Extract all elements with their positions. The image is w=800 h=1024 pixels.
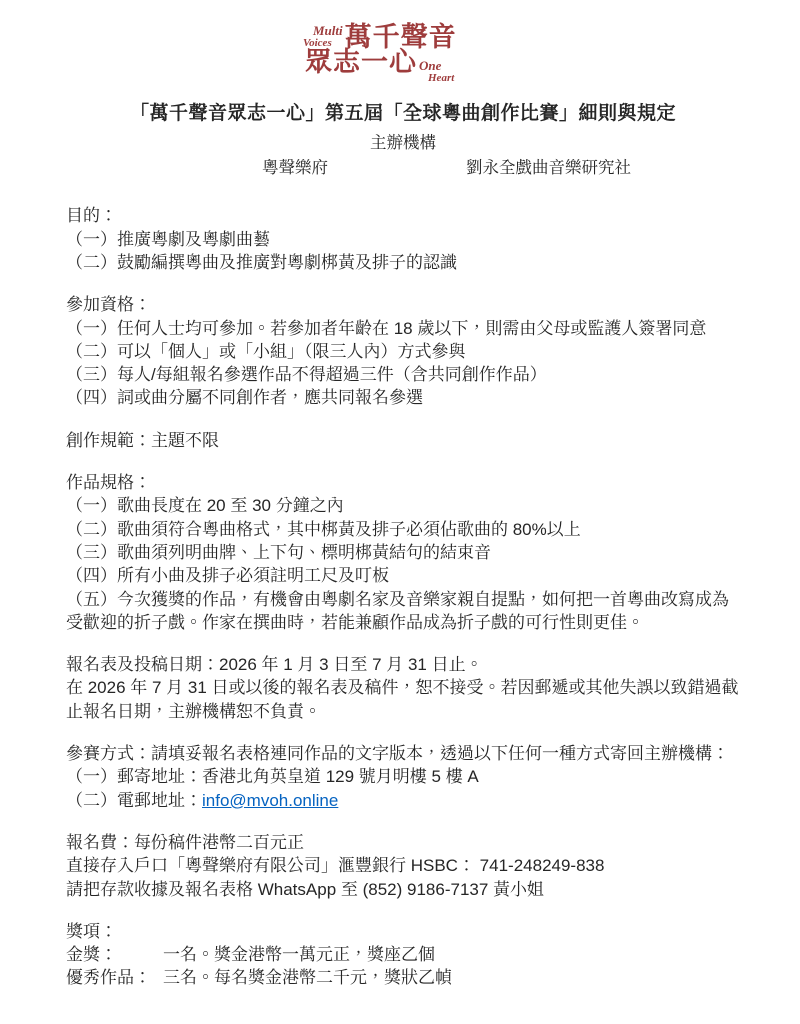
- section-creative-scope: 創作規範：主題不限: [66, 429, 740, 452]
- logo-multi-voices-text: Multi Voices: [303, 24, 343, 49]
- awards-heading: 獎項：: [66, 920, 740, 943]
- section-eligibility: 參加資格： （一）任何人士均可參加。若參加者年齡在 18 歲以下，則需由父母或監…: [66, 293, 740, 409]
- submission-email-line: （二）電郵地址：info@mvoh.online: [66, 789, 740, 812]
- section-submission: 參賽方式：請填妥報名表格連同作品的文字版本，透過以下任何一種方式寄回主辦機構： …: [66, 742, 740, 812]
- section-fee: 報名費：每份稿件港幣二百元正 直接存入戶口「粵聲樂府有限公司」滙豐銀行 HSBC…: [66, 831, 740, 901]
- award-row-gold: 金獎： 一名。獎金港幣一萬元正，獎座乙個: [66, 943, 740, 966]
- award-label: 優秀作品：: [66, 966, 163, 989]
- eligibility-item: （二）可以「個人」或「小組」（限三人內）方式參與: [66, 340, 740, 363]
- award-row-merit: 優秀作品： 三名。每名獎金港幣二千元，獎狀乙幀: [66, 966, 740, 989]
- email-link[interactable]: info@mvoh.online: [202, 791, 338, 810]
- work-specs-heading: 作品規格：: [66, 471, 740, 494]
- work-specs-item: （三）歌曲須列明曲牌、上下句、標明梆黃結句的結束音: [66, 541, 740, 564]
- eligibility-item: （一）任何人士均可參加。若參加者年齡在 18 歲以下，則需由父母或監護人簽署同意: [66, 317, 740, 340]
- work-specs-item: （一）歌曲長度在 20 至 30 分鐘之內: [66, 494, 740, 517]
- purpose-heading: 目的：: [66, 204, 740, 227]
- work-specs-item: （二）歌曲須符合粵曲格式，其中梆黃及排子必須佔歌曲的 80%以上: [66, 518, 740, 541]
- purpose-item: （二）鼓勵編撰粵曲及推廣對粵劇梆黃及排子的認識: [66, 251, 740, 274]
- submission-email-label: （二）電郵地址：: [66, 791, 202, 810]
- logo-row-bottom: 眾志一心 One Heart: [305, 49, 503, 84]
- award-value: 一名。獎金港幣一萬元正，獎座乙個: [163, 943, 435, 966]
- logo-word-one: One: [419, 59, 441, 73]
- organizer-left: 粵聲樂府: [262, 154, 328, 178]
- multi-voices-one-heart-logo: Multi Voices 萬千聲音 眾志一心 One Heart: [303, 24, 503, 84]
- work-specs-item: （五）今次獲獎的作品，有機會由粵劇名家及音樂家親自提點，如何把一首粵曲改寫成為受…: [66, 588, 740, 635]
- logo-one-heart-text: One Heart: [419, 59, 454, 84]
- eligibility-item: （三）每人/每組報名參選作品不得超過三件（含共同創作作品）: [66, 363, 740, 386]
- submission-mail-address: （一）郵寄地址：香港北角英皇道 129 號月明樓 5 樓 A: [66, 765, 740, 788]
- document-page: Multi Voices 萬千聲音 眾志一心 One Heart 「萬千聲音眾志…: [0, 0, 800, 1024]
- section-purpose: 目的： （一）推廣粵劇及粵劇曲藝 （二）鼓勵編撰粵曲及推廣對粵劇梆黃及排子的認識: [66, 204, 740, 274]
- fee-line: 直接存入戶口「粵聲樂府有限公司」滙豐銀行 HSBC： 741-248249-83…: [66, 854, 740, 877]
- deadline-paragraph: 在 2026 年 7 月 31 日或以後的報名表及稿件，恕不接受。若因郵遞或其他…: [66, 676, 740, 723]
- fee-line: 請把存款收據及報名表格 WhatsApp 至 (852) 9186-7137 黃…: [66, 878, 740, 901]
- award-value: 三名。每名獎金港幣二千元，獎狀乙幀: [163, 966, 452, 989]
- work-specs-item: （四）所有小曲及排子必須註明工尺及叮板: [66, 564, 740, 587]
- organizer-right: 劉永全戲曲音樂研究社: [466, 154, 631, 178]
- logo-word-heart: Heart: [428, 73, 454, 85]
- page-title: 「萬千聲音眾志一心」第五屆「全球粵曲創作比賽」細則與規定: [66, 98, 740, 125]
- organizer-row: 粵聲樂府 劉永全戲曲音樂研究社: [66, 154, 740, 178]
- award-label: 金獎：: [66, 943, 163, 966]
- section-deadline: 報名表及投稿日期：2026 年 1 月 3 日至 7 月 31 日止。 在 20…: [66, 653, 740, 723]
- section-work-specs: 作品規格： （一）歌曲長度在 20 至 30 分鐘之內 （二）歌曲須符合粵曲格式…: [66, 471, 740, 634]
- logo-word-multi: Multi: [313, 24, 343, 38]
- eligibility-item: （四）詞或曲分屬不同創作者，應共同報名參選: [66, 386, 740, 409]
- logo-chinese-line2: 眾志一心: [305, 49, 417, 76]
- fee-line: 報名費：每份稿件港幣二百元正: [66, 831, 740, 854]
- organizer-heading: 主辦機構: [66, 129, 740, 153]
- section-awards: 獎項： 金獎： 一名。獎金港幣一萬元正，獎座乙個 優秀作品： 三名。每名獎金港幣…: [66, 920, 740, 990]
- eligibility-heading: 參加資格：: [66, 293, 740, 316]
- submission-intro: 參賽方式：請填妥報名表格連同作品的文字版本，透過以下任何一種方式寄回主辦機構：: [66, 742, 740, 765]
- purpose-item: （一）推廣粵劇及粵劇曲藝: [66, 228, 740, 251]
- deadline-line: 報名表及投稿日期：2026 年 1 月 3 日至 7 月 31 日止。: [66, 653, 740, 676]
- creative-scope-line: 創作規範：主題不限: [66, 429, 740, 452]
